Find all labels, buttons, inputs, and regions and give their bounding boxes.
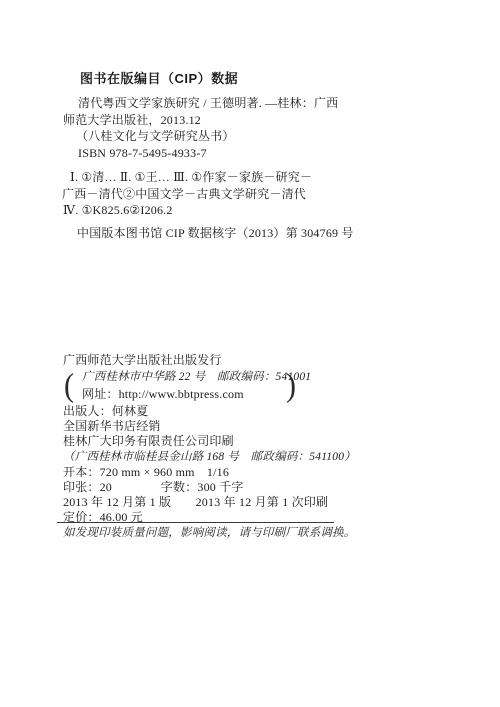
classification-line-2: 广西－清代②中国文学－古典文学研究－清代: [62, 187, 306, 202]
distribution-line: 全国新华书店经销: [63, 419, 161, 434]
publisher-line: 广西师范大学出版社出版发行: [63, 353, 222, 368]
paren-open-glyph: (: [64, 368, 74, 405]
book-title-line-1: 清代粤西文学家族研究 / 王德明著. —桂林：广西: [78, 96, 338, 111]
cip-heading: 图书在版编目（CIP）数据: [80, 71, 238, 86]
publisher-person: 出版人：何林夏: [63, 404, 148, 419]
book-title-line-2: 师范大学出版社，2013.12: [63, 113, 201, 128]
cip-copyright-page: 图书在版编目（CIP）数据 清代粤西文学家族研究 / 王德明著. —桂林：广西 …: [0, 0, 500, 707]
publisher-website: 网址：http://www.bbtpress.com: [82, 387, 244, 402]
footer-divider: [57, 522, 334, 523]
cip-record-number: 中国版本图书馆 CIP 数据核字（2013）第 304769 号: [77, 226, 354, 241]
publisher-address: 广西桂林市中华路 22 号 邮政编码：541001: [82, 370, 311, 385]
edition-line: 2013 年 12 月第 1 版 2013 年 12 月第 1 次印刷: [63, 495, 328, 510]
classification-line-3: Ⅳ. ①K825.6②I206.2: [63, 203, 173, 218]
printer-line: 桂林广大印务有限责任公司印刷: [63, 434, 234, 449]
classification-line-1: Ⅰ. ①清… Ⅱ. ①王… Ⅲ. ①作家－家族－研究－: [70, 170, 312, 185]
series-title: （八桂文化与文学研究丛书）: [76, 129, 235, 144]
paren-close-glyph: ): [286, 368, 296, 405]
format-line: 开本：720 mm × 960 mm 1/16: [63, 465, 229, 480]
isbn-number: ISBN 978-7-5495-4933-7: [78, 146, 207, 161]
printer-address: （广西桂林市临桂县金山路 168 号 邮政编码：541100）: [63, 450, 356, 465]
quality-note: 如发现印装质量问题，影响阅读，请与印刷厂联系调换。: [63, 526, 356, 541]
sheets-words-line: 印张：20 字数：300 千字: [63, 480, 244, 495]
